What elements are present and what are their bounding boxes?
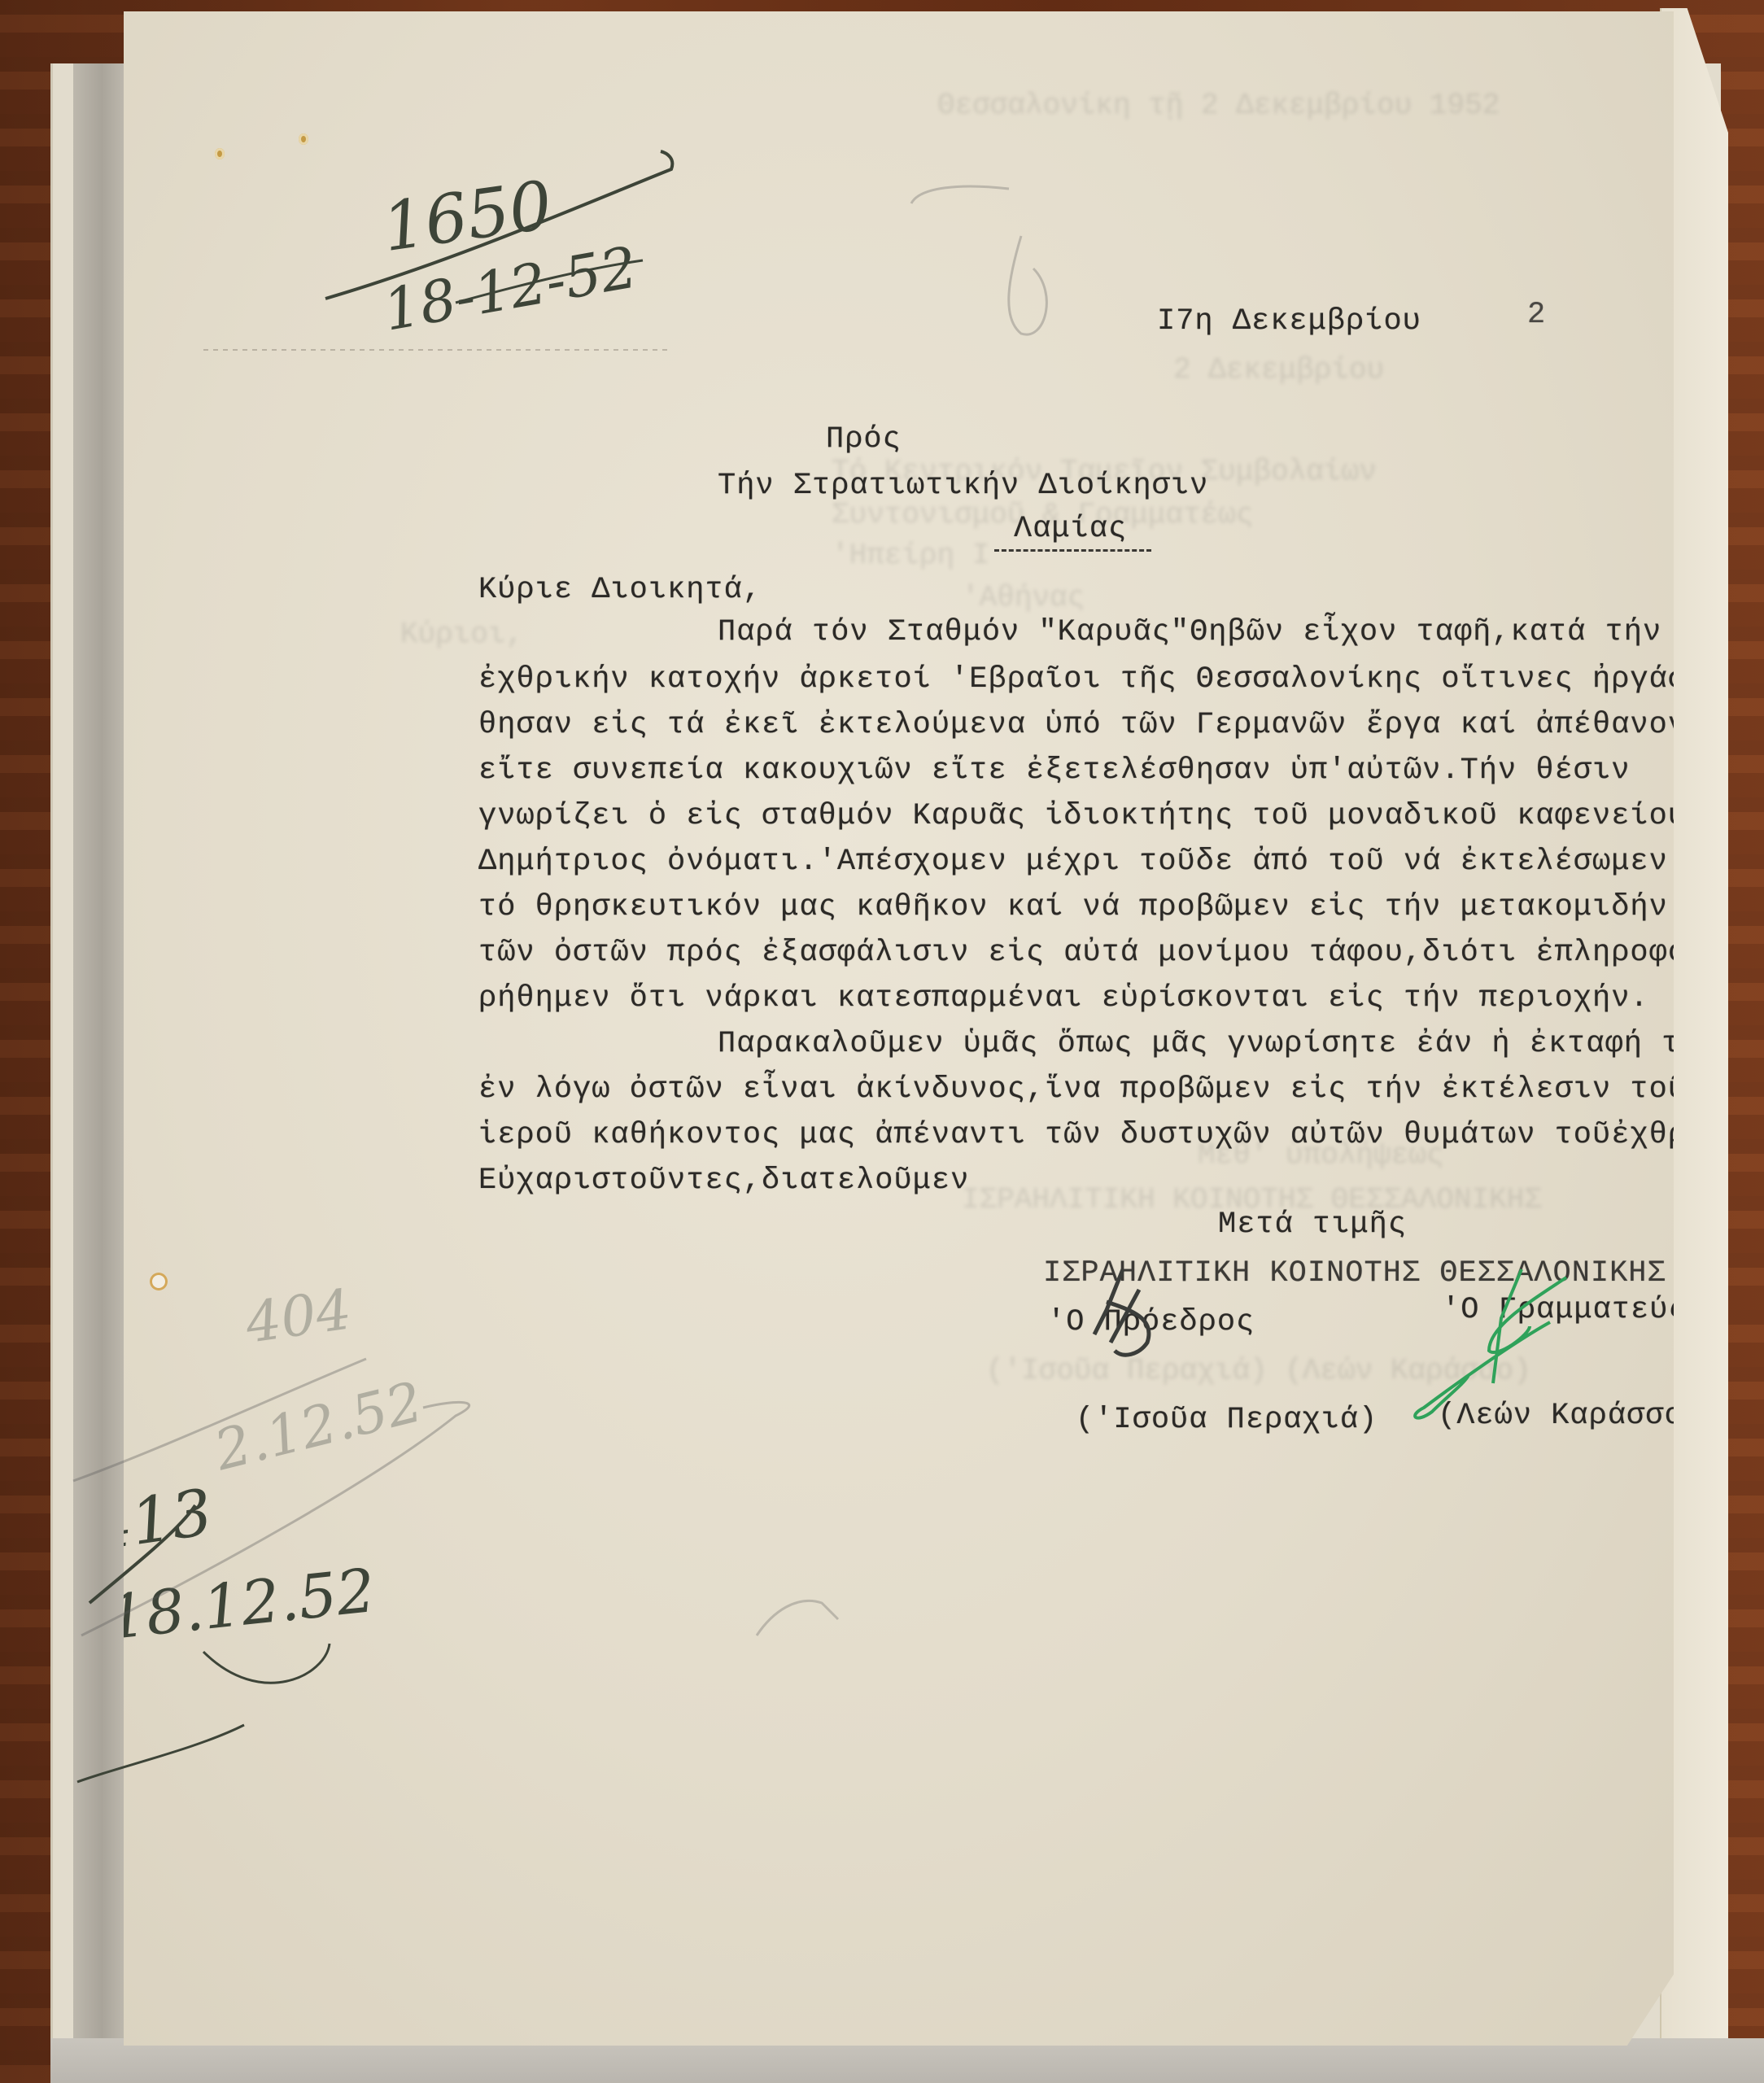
secretary-signature: [1415, 1269, 1566, 1418]
ink-strokes-overlay: [0, 0, 1764, 2083]
handwritten-divider-stroke: [325, 151, 672, 299]
pencil-divider-stroke: [73, 1359, 366, 1481]
president-signature: [1094, 1269, 1149, 1355]
pencil-mark: [757, 1600, 838, 1635]
pencil-initials: [911, 186, 1009, 203]
